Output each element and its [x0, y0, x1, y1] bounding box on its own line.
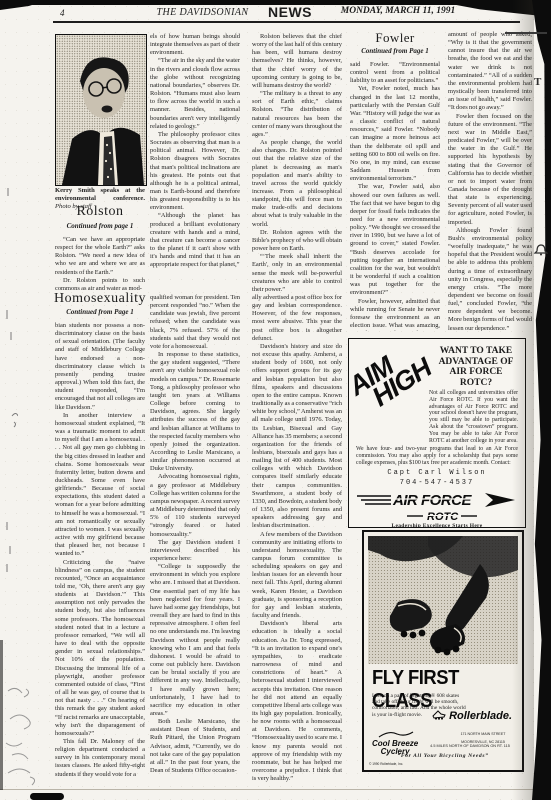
conference-photo [55, 34, 147, 186]
rotc-contact-phone: 704-547-4537 [349, 479, 525, 487]
scan-shadow-right [512, 0, 534, 800]
rotc-contact-name: Capt Carl Wilson [349, 469, 525, 477]
homosexuality-column-3: ally advertised a post office box for ga… [252, 294, 342, 788]
rolston-continued: Continued from page 1 [55, 222, 145, 230]
photo-caption: Kerry Smith speaks at the environmental … [55, 187, 145, 204]
aim-high-text: AIM HIGH [348, 338, 434, 417]
rolston-column-1: “Can we have an appropriate respect for … [55, 236, 145, 292]
homosexuality-continued: Continued from Page 1 [55, 308, 145, 316]
margin-mark-bell [534, 242, 548, 256]
pencil-scribbles-bottom-left [0, 685, 52, 790]
homosexuality-column-2: qualified woman for president. Ten perce… [150, 294, 240, 788]
dealer-distance: 4.5 MILES NORTH OF DAVIDSON ON RT. 115 [424, 744, 516, 748]
skater-photo [368, 536, 518, 664]
issue-date: MONDAY, MARCH 11, 1991 [328, 6, 468, 16]
page-number: 4 [60, 8, 65, 18]
rotc-ad: AIM HIGH WANT TO TAKEADVANTAGE OFAIR FOR… [348, 338, 526, 528]
caption-text: Kerry Smith speaks at the environmental … [55, 187, 145, 202]
pencil-ticks-left [2, 180, 18, 600]
newspaper-page: 4 THE DAVIDSONIAN NEWS MONDAY, MARCH 11,… [0, 0, 551, 800]
air-force-logo-graphic: AIR FORCE ROTC [357, 491, 517, 521]
dealer-tagline: “For All Your Bicycling Needs” [364, 753, 522, 759]
rollerblade-brand: Rollerblade. [432, 710, 512, 722]
fowler-continued: Continued from Page 1 [350, 47, 440, 55]
skater-illustration [368, 536, 518, 664]
ad-copyright: © 1990 Rollerblade, Inc. [369, 762, 403, 766]
rotc-ad-body-2: We have four- and two-year programs that… [356, 446, 518, 466]
rolston-column-2: els of how human beings should integrate… [150, 33, 240, 292]
skate-icon [432, 710, 446, 720]
rotc-ad-headline: WANT TO TAKEADVANTAGE OFAIR FORCE ROTC? [433, 346, 519, 388]
rolston-column-3: Rolston believes that the chief worry of… [252, 33, 342, 292]
fowler-column-4: said Fowler. “Environmental control went… [350, 61, 440, 331]
dealer-flourish [375, 730, 415, 738]
scan-corner-top-left [0, 0, 48, 10]
section-label: NEWS [268, 4, 312, 20]
page-bottom-edge [0, 789, 551, 790]
rolston-headline: Rolston [55, 204, 145, 220]
homosexuality-column-1: bian students nor possess a non-discrimi… [55, 322, 145, 788]
rotc-tagline: Leadership Excellence Starts Here [349, 523, 525, 528]
scan-edge-top [0, 0, 462, 5]
aim-high-graphic: AIM HIGH [349, 339, 429, 443]
svg-text:AIR FORCE: AIR FORCE [392, 492, 472, 509]
rollerblade-ad: FLY FIRST CLASS Lace on a pair of Lightn… [362, 530, 524, 772]
newspaper-title: THE DAVIDSONIAN [145, 7, 260, 18]
fowler-headline: Fowler [350, 30, 440, 46]
homosexuality-headline: Homosexuality [48, 291, 152, 307]
air-force-rotc-logo: AIR FORCE ROTC [357, 491, 517, 521]
rollerblade-wordmark: Rollerblade. [449, 710, 512, 722]
masthead-rule [53, 21, 520, 23]
scan-edge-right [532, 0, 551, 800]
margin-mark-t: T [534, 76, 541, 88]
portrait-illustration [56, 35, 146, 185]
scan-blot-bottom [30, 793, 64, 800]
margin-dash-right [505, 32, 547, 34]
